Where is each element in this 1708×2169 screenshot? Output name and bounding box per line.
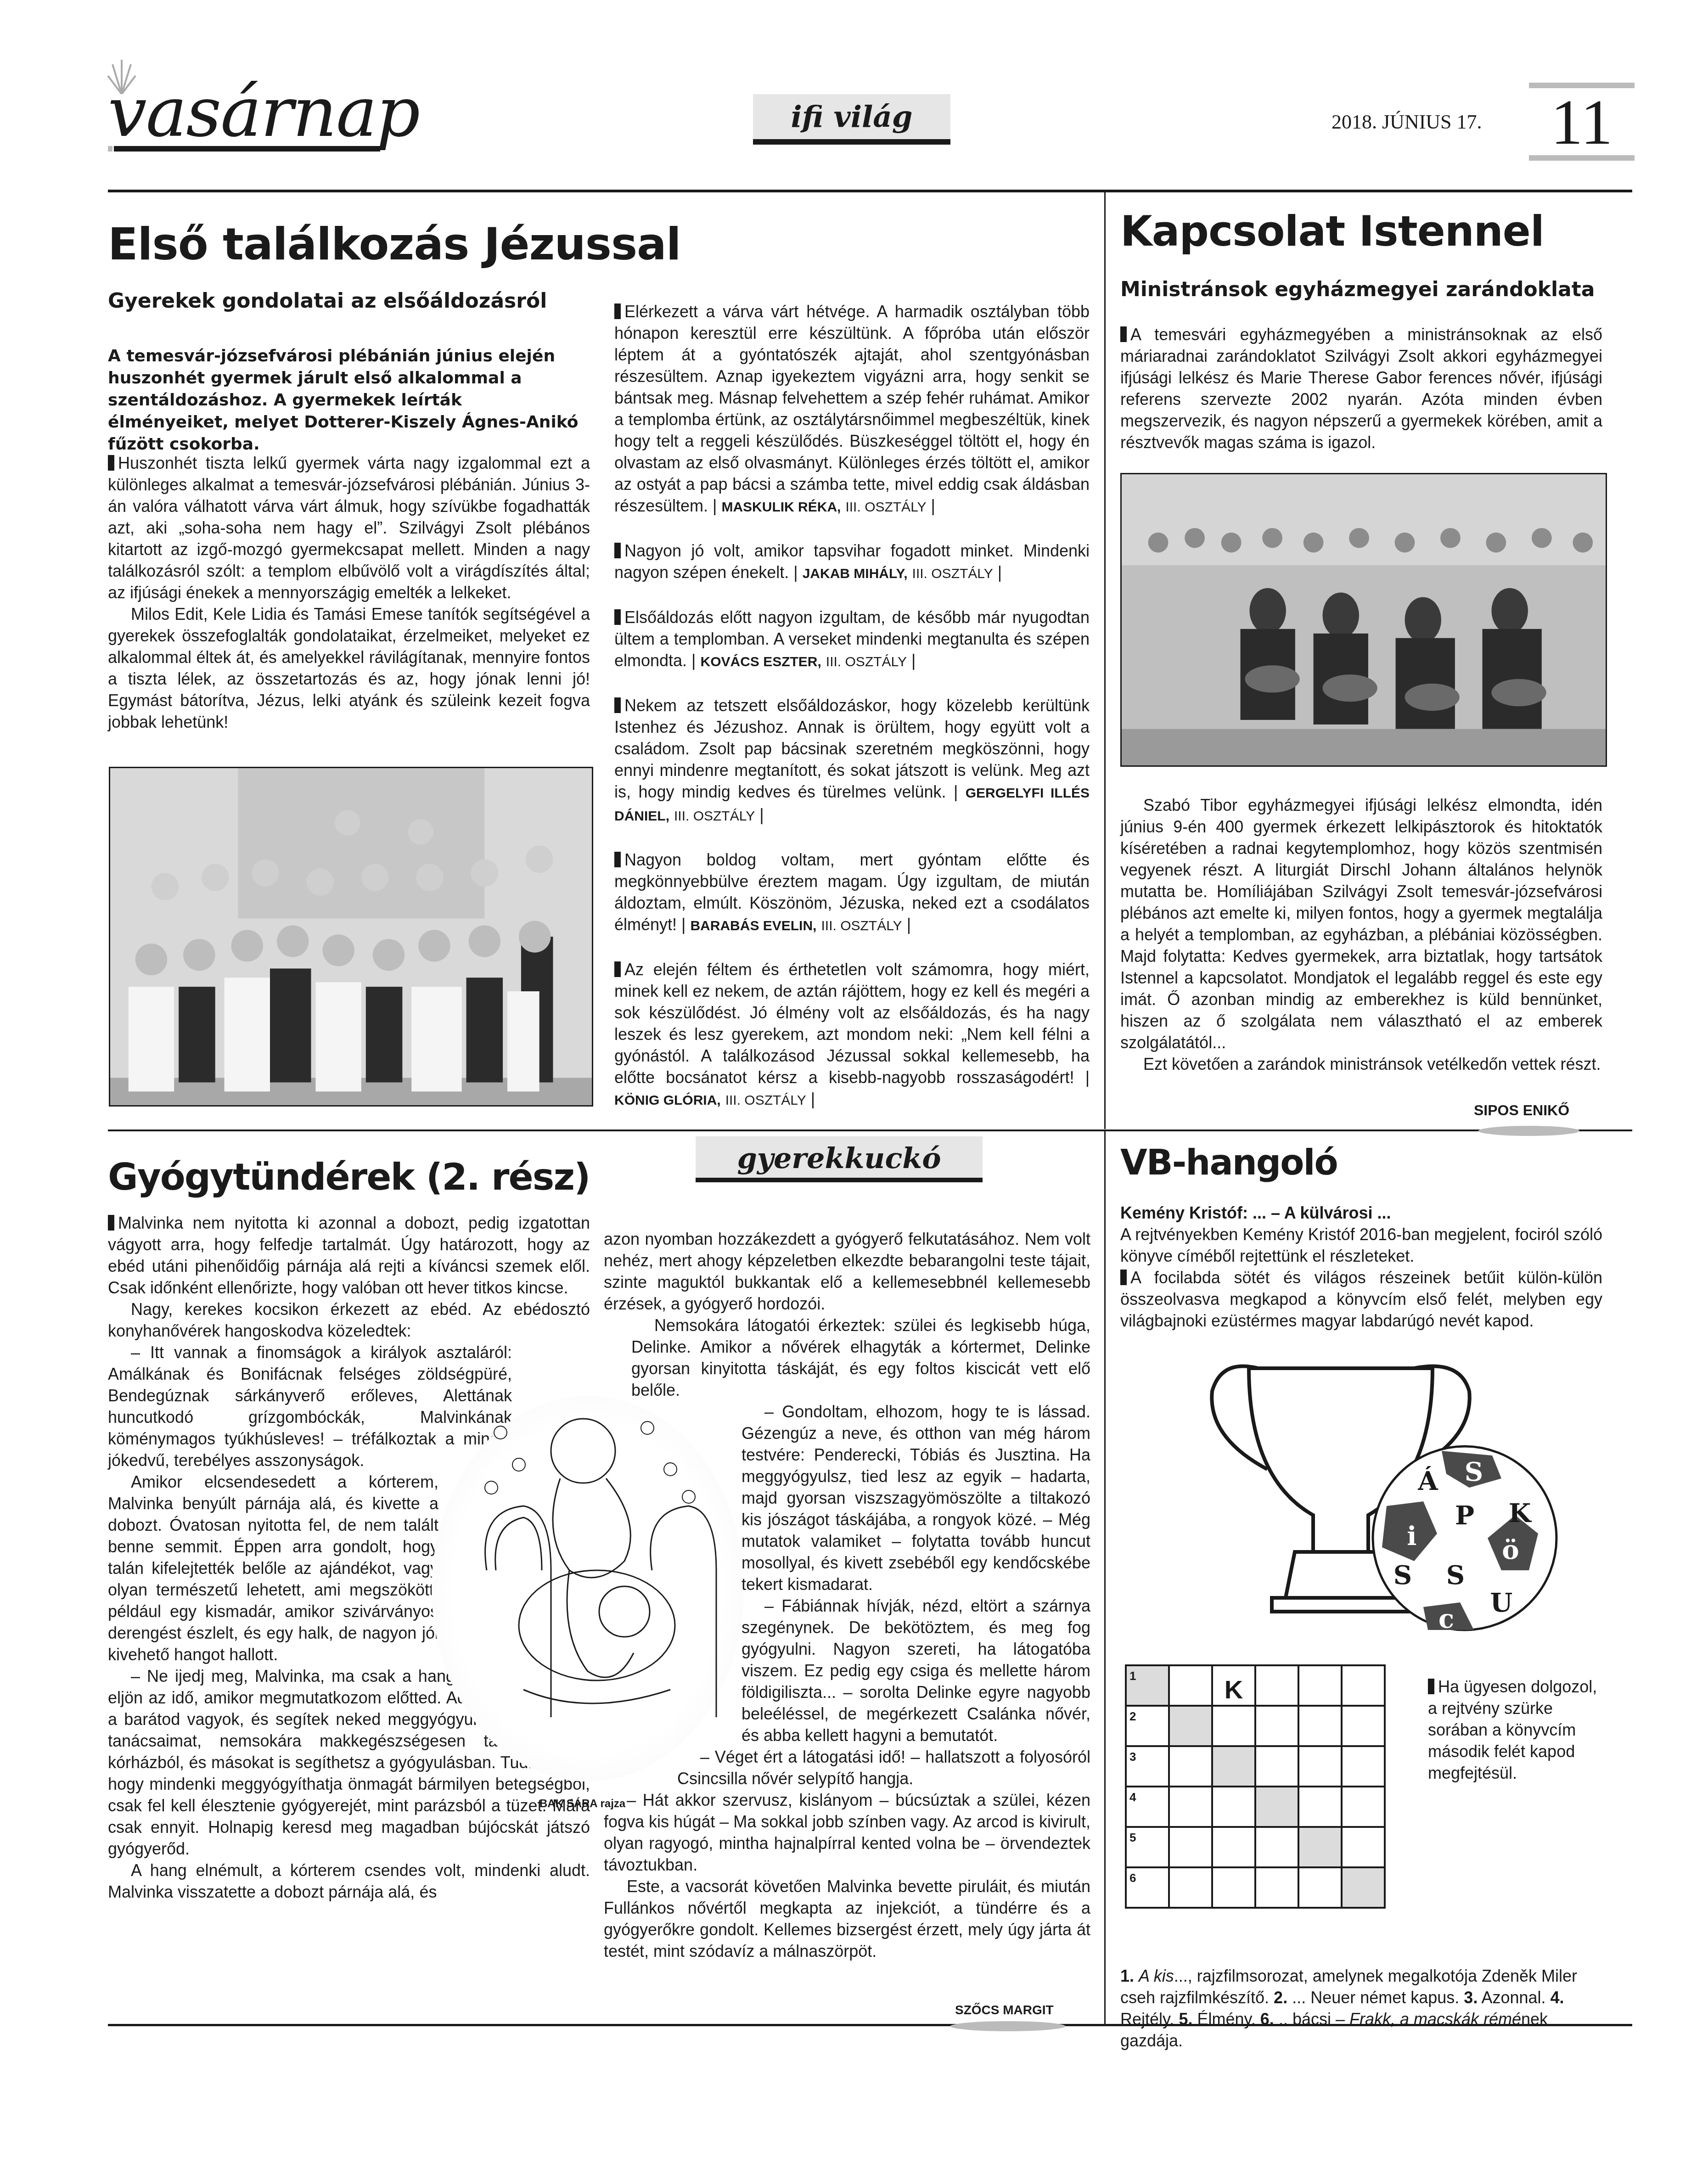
crossword-row: 5 bbox=[1126, 1827, 1385, 1867]
paragraph-marker-icon bbox=[614, 543, 621, 558]
article2-intro: A temesvári egyházmegyében a ministránso… bbox=[1120, 324, 1602, 453]
crossword-row-number: 1 bbox=[1129, 1669, 1136, 1683]
soccer-ball-icon: S i ö c Á P K S S U bbox=[1368, 1442, 1561, 1635]
crossword-cell[interactable] bbox=[1255, 1665, 1298, 1706]
crossword-row: 2 bbox=[1126, 1706, 1385, 1746]
paragraph-marker-icon bbox=[614, 697, 621, 713]
article1-photo bbox=[109, 767, 593, 1107]
crossword-cell[interactable] bbox=[1342, 1827, 1385, 1867]
article1-paragraph: Milos Edit, Kele Lidia és Tamási Emese t… bbox=[108, 603, 590, 733]
article1-title: Első találkozás Jézussal bbox=[108, 220, 681, 269]
crossword-cell[interactable] bbox=[1298, 1827, 1342, 1867]
ball-letter-dark: i bbox=[1407, 1521, 1416, 1551]
article4-intro-text: A rejtvényekben Kemény Kristóf 2016-ban … bbox=[1120, 1224, 1602, 1267]
testimonial: Az elején féltem és érthetetlen volt szá… bbox=[614, 959, 1090, 1111]
crossword-cell[interactable] bbox=[1255, 1867, 1298, 1908]
story-paragraph: Nemsokára látogatói érkeztek: szülei és … bbox=[631, 1315, 1090, 1401]
paragraph-marker-icon bbox=[1120, 326, 1127, 342]
story-paragraph: azon nyomban hozzákezdett a gyógyerő fel… bbox=[604, 1228, 1090, 1315]
ball-letter-dark: ö bbox=[1502, 1535, 1519, 1565]
logo-accent-grey bbox=[108, 146, 112, 152]
column-divider-bottom bbox=[1104, 1131, 1106, 2024]
crossword-cell[interactable]: 1 bbox=[1126, 1665, 1169, 1706]
paragraph-marker-icon bbox=[614, 609, 621, 625]
paragraph-marker-icon bbox=[614, 852, 621, 867]
crossword-cell[interactable] bbox=[1298, 1746, 1342, 1787]
ministrants-photo-image bbox=[1122, 474, 1606, 765]
section-tab-label: ifi világ bbox=[791, 100, 912, 134]
article2-body: Szabó Tibor egyházmegyei ifjúsági lelkés… bbox=[1120, 794, 1602, 1075]
testimonial: Nagyon jó volt, amikor tapsvihar fogadot… bbox=[614, 540, 1090, 584]
crossword-cell[interactable]: 5 bbox=[1126, 1827, 1169, 1867]
ball-letter-light: P bbox=[1455, 1500, 1474, 1531]
crossword-row: 4 bbox=[1126, 1787, 1385, 1827]
crossword-cell[interactable]: 4 bbox=[1126, 1787, 1169, 1827]
story-paragraph: A hang elnémult, a kórterem csendes volt… bbox=[108, 1860, 590, 1903]
newspaper-logo: vasárnap bbox=[108, 78, 419, 147]
ball-letter-light: K bbox=[1509, 1498, 1532, 1528]
crossword-row: 3 bbox=[1126, 1746, 1385, 1787]
story-paragraph: – Fábiánnak hívják, nézd, eltört a szárn… bbox=[742, 1595, 1090, 1746]
gyerekkucko-tab-label: gyerekkuckó bbox=[737, 1141, 941, 1175]
crossword-cell[interactable] bbox=[1298, 1665, 1342, 1706]
crossword-cell[interactable] bbox=[1255, 1746, 1298, 1787]
section-tab: ifi világ bbox=[753, 94, 950, 145]
issue-date: 2018. JÚNIUS 17. bbox=[1332, 110, 1482, 134]
article3-col2: azon nyomban hozzákezdett a gyógyerő fel… bbox=[604, 1228, 1090, 1962]
story-paragraph: Malvinka nem nyitotta ki azonnal a doboz… bbox=[108, 1212, 590, 1298]
crossword-cell[interactable] bbox=[1169, 1827, 1212, 1867]
page-number-box: 11 bbox=[1529, 83, 1635, 161]
crossword-row-number: 6 bbox=[1129, 1871, 1136, 1885]
author-oval-decoration bbox=[1478, 1126, 1579, 1136]
article4-instructions: A focilabda sötét és világos részeinek b… bbox=[1120, 1267, 1602, 1332]
crossword-cell[interactable] bbox=[1342, 1867, 1385, 1908]
page-number: 11 bbox=[1551, 87, 1613, 158]
article4-intro: Kemény Kristóf: ... – A külvárosi ... A … bbox=[1120, 1202, 1602, 1332]
testimonial: Elérkezett a várva várt hétvége. A harma… bbox=[614, 301, 1090, 518]
ball-letter-light: U bbox=[1490, 1588, 1513, 1618]
crossword-cell[interactable] bbox=[1169, 1665, 1212, 1706]
paragraph-marker-icon bbox=[614, 303, 621, 319]
article1-lead: A temesvár-józsefvárosi plébánián június… bbox=[108, 345, 585, 455]
crossword-cell[interactable] bbox=[1255, 1827, 1298, 1867]
crossword-cell[interactable]: 6 bbox=[1126, 1867, 1169, 1908]
logo-underline bbox=[114, 146, 380, 152]
crossword-cell[interactable]: 3 bbox=[1126, 1746, 1169, 1787]
crossword-cell[interactable] bbox=[1255, 1787, 1298, 1827]
crossword-cell[interactable] bbox=[1169, 1787, 1212, 1827]
paragraph-marker-icon bbox=[108, 1215, 114, 1231]
gyerekkucko-tab: gyerekkuckó bbox=[696, 1136, 983, 1182]
article3-title: Gyógytündérek (2. rész) bbox=[108, 1157, 590, 1197]
crossword-cell[interactable] bbox=[1212, 1706, 1255, 1746]
column-divider-top bbox=[1104, 192, 1106, 1129]
crossword-row: 6 bbox=[1126, 1867, 1385, 1908]
trophy-ball-puzzle: S i ö c Á P K S S U bbox=[1175, 1350, 1570, 1635]
crossword-row: 1K bbox=[1126, 1665, 1385, 1706]
crossword-cell[interactable] bbox=[1298, 1787, 1342, 1827]
article3-author: SZŐCS MARGIT bbox=[955, 2003, 1054, 2017]
crossword-cell[interactable]: 2 bbox=[1126, 1706, 1169, 1746]
article2-subtitle: Ministránsok egyházmegyei zarándoklata bbox=[1120, 278, 1595, 302]
header-rule bbox=[108, 190, 1632, 192]
ball-letter-light: S bbox=[1446, 1560, 1465, 1590]
testimonial: Nagyon boldog voltam, mert gyóntam előtt… bbox=[614, 849, 1090, 937]
story-paragraph: Amikor elcsendesedett a kórterem, Malvin… bbox=[108, 1471, 438, 1665]
testimonial: Nekem az tetszett elsőáldozáskor, hogy k… bbox=[614, 695, 1090, 827]
crossword-cell[interactable] bbox=[1212, 1746, 1255, 1787]
story-paragraph: – Hát akkor szervusz, kislányom – búcsúz… bbox=[604, 1789, 1090, 1876]
ball-letter-dark: S bbox=[1465, 1457, 1483, 1487]
crossword-row-number: 3 bbox=[1129, 1750, 1136, 1764]
crossword-row-number: 2 bbox=[1129, 1709, 1136, 1723]
paragraph-marker-icon bbox=[108, 455, 114, 471]
crossword-cell[interactable]: K bbox=[1212, 1665, 1255, 1706]
article2-author: SIPOS ENIKŐ bbox=[1474, 1102, 1569, 1119]
ball-letter-light: Á bbox=[1417, 1466, 1438, 1496]
ball-letter-dark: c bbox=[1438, 1604, 1454, 1634]
crossword-cell[interactable] bbox=[1298, 1706, 1342, 1746]
crossword-grid: 1K23456 bbox=[1125, 1664, 1386, 1909]
crossword-cell[interactable] bbox=[1342, 1746, 1385, 1787]
article1-testimonials: Elérkezett a várva várt hétvége. A harma… bbox=[614, 301, 1090, 1111]
story-paragraph: Este, a vacsorát követően Malvinka bevet… bbox=[604, 1876, 1090, 1962]
section-divider bbox=[108, 1129, 1632, 1131]
article2-paragraph: Szabó Tibor egyházmegyei ifjúsági lelkés… bbox=[1120, 794, 1602, 1053]
author-oval-decoration bbox=[950, 2021, 1065, 2031]
crossword-clues: 1. A kis..., rajzfilmsorozat, amelynek m… bbox=[1120, 1965, 1602, 2051]
crossword-letter: K bbox=[1213, 1675, 1254, 1704]
article2-title: Kapcsolat Istennel bbox=[1120, 209, 1544, 254]
article2-paragraph: Ezt követően a zarándok ministránsok vet… bbox=[1120, 1053, 1602, 1075]
story-paragraph: – Véget ért a látogatási idő! – hallatsz… bbox=[677, 1746, 1090, 1789]
paragraph-marker-icon bbox=[1120, 1270, 1127, 1285]
crossword-cell[interactable] bbox=[1212, 1827, 1255, 1867]
crossword-cell[interactable] bbox=[1342, 1706, 1385, 1746]
group-photo-image bbox=[110, 768, 592, 1105]
crossword-cell[interactable] bbox=[1212, 1787, 1255, 1827]
article4-title: VB-hangoló bbox=[1120, 1143, 1337, 1182]
article1-paragraph: Huszonhét tiszta lelkű gyermek várta nag… bbox=[108, 452, 590, 603]
crossword-cell[interactable] bbox=[1255, 1706, 1298, 1746]
article1-body: Huszonhét tiszta lelkű gyermek várta nag… bbox=[108, 452, 590, 733]
story-paragraph: Nagy, kerekes kocsikon érkezett az ebéd.… bbox=[108, 1298, 590, 1342]
paragraph-marker-icon bbox=[614, 961, 621, 977]
crossword-cell[interactable] bbox=[1342, 1665, 1385, 1706]
article2-photo bbox=[1120, 473, 1607, 767]
testimonial: Elsőáldozás előtt nagyon izgultam, de ké… bbox=[614, 607, 1090, 673]
book-line: Kemény Kristóf: ... – A külvárosi ... bbox=[1120, 1202, 1602, 1224]
crossword-cell[interactable] bbox=[1169, 1867, 1212, 1908]
story-paragraph: – Gondoltam, elhozom, hogy te is lássad.… bbox=[742, 1401, 1090, 1595]
paragraph-marker-icon bbox=[1428, 1679, 1434, 1694]
crossword-row-number: 4 bbox=[1129, 1790, 1136, 1804]
ball-letter-light: S bbox=[1393, 1560, 1412, 1590]
crossword-cell[interactable] bbox=[1169, 1706, 1212, 1746]
crossword-cell[interactable] bbox=[1342, 1787, 1385, 1827]
crossword-cell[interactable] bbox=[1298, 1867, 1342, 1908]
crossword-row-number: 5 bbox=[1129, 1831, 1136, 1844]
crossword-cell[interactable] bbox=[1169, 1746, 1212, 1787]
article1-subtitle: Gyerekek gondolatai az elsőáldozásról bbox=[108, 289, 547, 314]
crossword-hint: Ha ügyesen dolgozol, a rejtvény szürke s… bbox=[1428, 1676, 1602, 1784]
crossword-cell[interactable] bbox=[1212, 1867, 1255, 1908]
